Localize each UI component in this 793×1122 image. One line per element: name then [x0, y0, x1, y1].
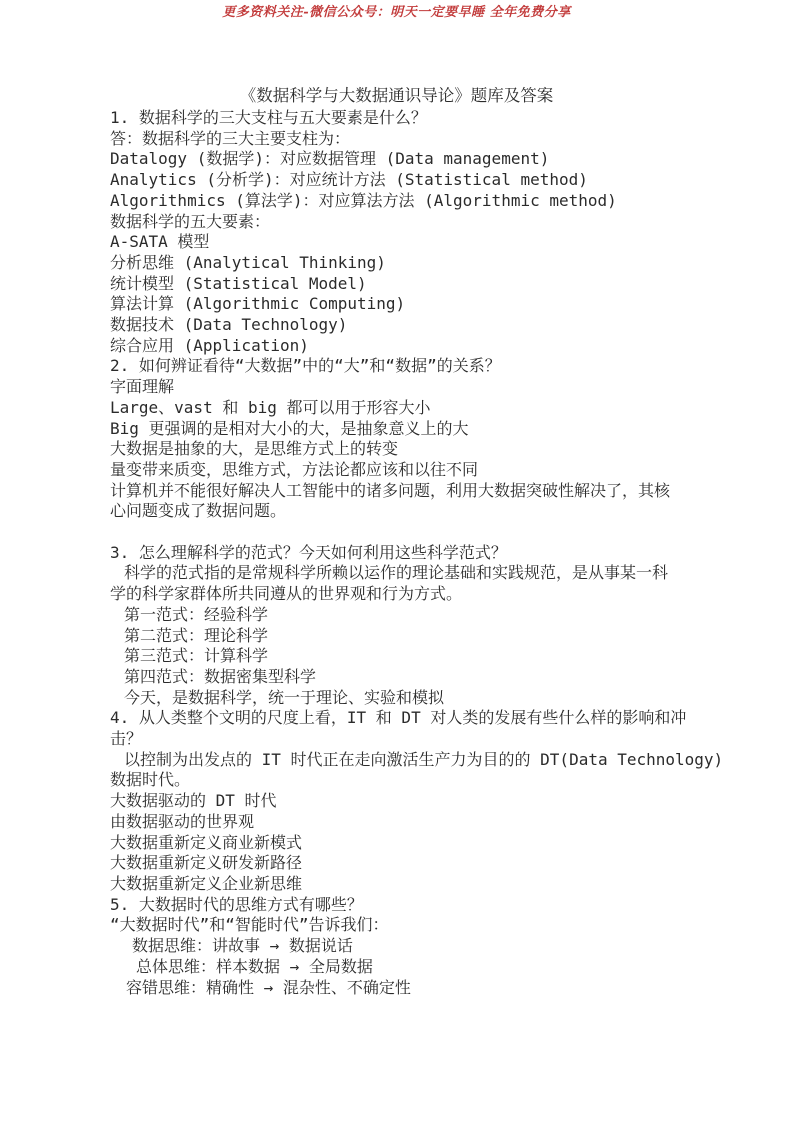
text-line: 数据时代。 — [110, 770, 683, 791]
text-line: 心问题变成了数据问题。 — [110, 501, 683, 522]
text-line: 大数据是抽象的大，是思维方式上的转变 — [110, 439, 683, 460]
text-line: 第三范式：计算科学 — [110, 646, 683, 667]
text-line: Large、vast 和 big 都可以用于形容大小 — [110, 398, 683, 419]
document-page: 更多资料关注-微信公众号：明天一定要早睡 全年免费分享 《数据科学与大数据通识导… — [0, 0, 793, 1122]
document-body: 1. 数据科学的三大支柱与五大要素是什么？答：数据科学的三大主要支柱为：Data… — [110, 108, 683, 998]
text-line: 容错思维：精确性 → 混杂性、不确定性 — [110, 978, 683, 999]
text-line: 学的科学家群体所共同遵从的世界观和行为方式。 — [110, 584, 683, 605]
text-line: 总体思维：样本数据 → 全局数据 — [110, 957, 683, 978]
text-line: 大数据重新定义研发新路径 — [110, 853, 683, 874]
document-content: 《数据科学与大数据通识导论》题库及答案 1. 数据科学的三大支柱与五大要素是什么… — [110, 84, 683, 998]
text-line: 2. 如何辨证看待“大数据”中的“大”和“数据”的关系？ — [110, 356, 683, 377]
text-line: 第二范式：理论科学 — [110, 626, 683, 647]
text-line: 1. 数据科学的三大支柱与五大要素是什么？ — [110, 108, 683, 129]
text-line: 科学的范式指的是常规科学所赖以运作的理论基础和实践规范，是从事某一科 — [110, 563, 683, 584]
text-line: “大数据时代”和“智能时代”告诉我们： — [110, 915, 683, 936]
text-line: Big 更强调的是相对大小的大，是抽象意义上的大 — [110, 419, 683, 440]
text-line: 统计模型 (Statistical Model) — [110, 274, 683, 295]
text-line: 3. 怎么理解科学的范式？今天如何利用这些科学范式？ — [110, 543, 683, 564]
text-line: 数据思维：讲故事 → 数据说话 — [110, 936, 683, 957]
text-line: Datalogy (数据学)：对应数据管理 (Data management) — [110, 149, 683, 170]
promo-header: 更多资料关注-微信公众号：明天一定要早睡 全年免费分享 — [0, 5, 793, 20]
text-line: 击？ — [110, 729, 683, 750]
text-line: 数据技术 (Data Technology) — [110, 315, 683, 336]
text-line: 大数据驱动的 DT 时代 — [110, 791, 683, 812]
text-line: A-SATA 模型 — [110, 232, 683, 253]
text-line: 量变带来质变，思维方式，方法论都应该和以往不同 — [110, 460, 683, 481]
text-line: 算法计算 (Algorithmic Computing) — [110, 294, 683, 315]
document-title: 《数据科学与大数据通识导论》题库及答案 — [110, 84, 683, 108]
text-line: Analytics (分析学)：对应统计方法 (Statistical meth… — [110, 170, 683, 191]
text-line: Algorithmics (算法学)：对应算法方法 (Algorithmic m… — [110, 191, 683, 212]
text-line: 由数据驱动的世界观 — [110, 812, 683, 833]
text-line: 综合应用 (Application) — [110, 336, 683, 357]
text-line: 以控制为出发点的 IT 时代正在走向激活生产力为目的的 DT(Data Tech… — [110, 750, 683, 771]
text-line: 今天，是数据科学，统一于理论、实验和模拟 — [110, 688, 683, 709]
text-line: 字面理解 — [110, 377, 683, 398]
text-line: 计算机并不能很好解决人工智能中的诸多问题，利用大数据突破性解决了，其核 — [110, 481, 683, 502]
text-line: 第四范式：数据密集型科学 — [110, 667, 683, 688]
text-line: 第一范式：经验科学 — [110, 605, 683, 626]
text-line: 答：数据科学的三大主要支柱为： — [110, 129, 683, 150]
blank-line — [110, 522, 683, 543]
text-line: 大数据重新定义商业新模式 — [110, 833, 683, 854]
text-line: 4. 从人类整个文明的尺度上看，IT 和 DT 对人类的发展有些什么样的影响和冲 — [110, 708, 683, 729]
text-line: 分析思维 (Analytical Thinking) — [110, 253, 683, 274]
text-line: 5. 大数据时代的思维方式有哪些？ — [110, 895, 683, 916]
text-line: 大数据重新定义企业新思维 — [110, 874, 683, 895]
text-line: 数据科学的五大要素： — [110, 212, 683, 233]
